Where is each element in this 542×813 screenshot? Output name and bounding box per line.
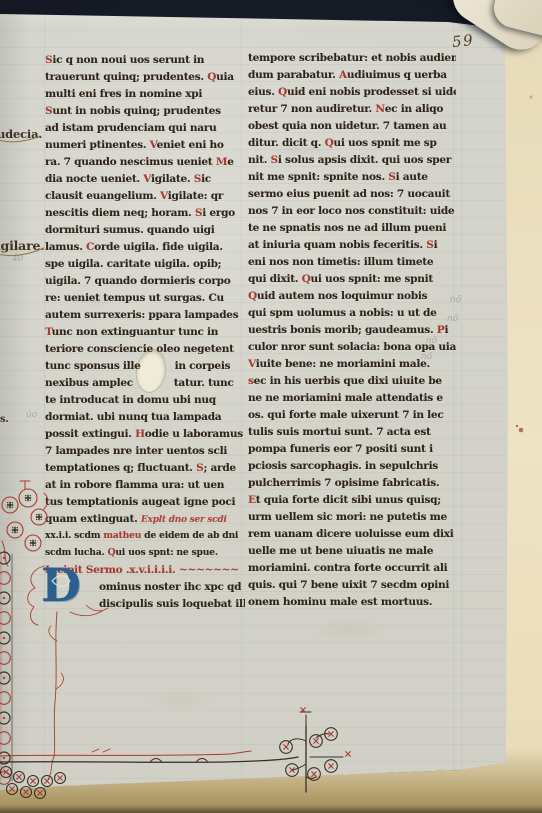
text-segment: ra. 7 quando nescimus ueniet	[45, 156, 216, 168]
text-segment: uid eni nobis prodesset si uide	[287, 86, 456, 98]
text-segment: N	[375, 103, 384, 115]
manuscript-text-line: Quid autem nos loquimur nobis	[248, 288, 456, 305]
manuscript-text-line: sec in his uerbis que dixi uiuite be	[248, 373, 456, 390]
manuscript-text-line: xx.i.i. scdm matheu de eidem de ab dni	[45, 528, 245, 545]
text-segment: pompa funeris eor 7 positi sunt i	[248, 443, 433, 455]
pencil-mark: nō	[447, 314, 458, 324]
manuscript-text-line: Sic q non noui uos serunt in	[45, 52, 245, 69]
text-segment: multi eni fres in nomine xpi	[45, 88, 202, 100]
manuscript-text-line: temptationes q; fluctuant. S; arde	[45, 460, 245, 477]
text-segment: matheu	[103, 530, 141, 541]
text-segment: ic	[201, 173, 211, 185]
text-segment: ui uos spnit: me spnit	[311, 273, 433, 285]
text-segment: qui dixit.	[248, 273, 302, 285]
text-segment: Q	[278, 86, 287, 98]
manuscript-text-line: multi eni fres in nomine xpi	[45, 86, 245, 103]
manuscript-text-line: sermo eius puenit ad nos: 7 uocauit	[248, 186, 456, 203]
manuscript-text-line: urm uellem sic mori: ne putetis me	[248, 509, 456, 526]
text-segment: obest quia non uidetur. 7 tamen au	[248, 120, 446, 132]
text-segment: tulis suis mortui sunt. 7 acta est	[248, 426, 431, 438]
manuscript-text-line: dum parabatur. Audiuimus q uerba	[248, 67, 456, 84]
text-segment: clausit euangelium.	[45, 190, 160, 202]
folio-number: 59	[451, 31, 475, 51]
manuscript-text-line: re: ueniet tempus ut surgas. Cu	[45, 290, 245, 307]
text-segment: ditur. dicit q.	[248, 137, 325, 149]
text-segment: ic q non noui uos serunt in	[52, 54, 204, 66]
text-segment: i ergo	[202, 207, 235, 219]
manuscript-photo: Sic q non noui uos serunt intrauerunt qu…	[0, 0, 542, 813]
text-segment: orde uigila. fide uigila.	[94, 241, 223, 253]
manuscript-text-line: tempore scribebatur: et nobis audien	[248, 50, 456, 67]
text-segment: pciosis sarcophagis. in sepulchris	[248, 460, 438, 472]
text-segment: dia nocte ueniet.	[45, 173, 143, 185]
text-segment: unt in nobis quinq; prudentes	[52, 105, 220, 117]
manuscript-text-line: te ne spnatis nos ne ad illum pueni	[248, 220, 456, 237]
manuscript-text-line: pciosis sarcophagis. in sepulchris	[248, 458, 456, 475]
manuscript-text-line: uestris bonis morib; gaudeamus. Pi	[248, 322, 456, 339]
manuscript-text-line: obest quia non uidetur. 7 tamen au	[248, 118, 456, 135]
text-segment: S	[194, 173, 201, 185]
text-column-left: Sic q non noui uos serunt intrauerunt qu…	[45, 52, 245, 613]
text-segment: urm uellem sic mori: ne putetis me	[248, 511, 447, 523]
manuscript-text-line: nit me spnit: spnite nos. Si aute	[248, 169, 456, 186]
margin-note-vigilare: igilare.	[0, 238, 44, 253]
text-segment: uigila. 7 quando dormieris corpo	[45, 275, 230, 287]
manuscript-text-line: possit extingui. Hodie u laboramus	[45, 426, 245, 443]
manuscript-text-line: qui spm uolumus a nobis: u ut de	[248, 305, 456, 322]
text-segment: nescitis diem neq; horam.	[45, 207, 195, 219]
text-segment: re: ueniet tempus ut surgas. Cu	[45, 292, 224, 304]
text-segment: at in robore flamma ura: ut uen	[45, 479, 224, 491]
text-segment: ec in aliqo	[385, 103, 443, 115]
decorated-initial-d: D	[41, 558, 81, 612]
text-segment: e	[227, 156, 233, 168]
text-segment: S	[388, 171, 395, 183]
text-segment: lamus.	[45, 241, 86, 253]
text-segment: iuite bene: ne moriamini male.	[256, 358, 430, 370]
manuscript-text-line: 7 lampades nre inter uentos scli	[45, 443, 245, 460]
text-segment: quam extinguat.	[45, 513, 141, 525]
text-segment: uia	[216, 71, 234, 83]
text-segment: igilate: qr	[168, 190, 223, 202]
manuscript-text-line: lamus. Corde uigila. fide uigila.	[45, 239, 245, 256]
text-segment: 7 lampades nre inter uentos scli	[45, 445, 227, 457]
pencil-mark: nō	[450, 295, 461, 305]
text-segment: ad istam prudenciam qui naru	[45, 122, 216, 134]
margin-note-prudecia: udecia.	[0, 127, 42, 141]
text-segment: possit extingui.	[45, 428, 135, 440]
manuscript-text-line: eius. Quid eni nobis prodesset si uide	[248, 84, 456, 101]
text-segment: i	[434, 239, 438, 251]
text-segment: M	[216, 156, 227, 168]
text-segment: nit.	[248, 154, 271, 166]
manuscript-text-line: at in robore flamma ura: ut uen	[45, 477, 245, 494]
manuscript-text-line: nit. Si solus apsis dixit. qui uos sper	[248, 152, 456, 169]
manuscript-text-line: tunc sponsus ille in corpeis	[45, 358, 245, 375]
text-segment: trauerunt quinq; prudentes.	[45, 71, 207, 83]
text-segment: moriamini. contra forte occurrit ali	[248, 562, 447, 574]
manuscript-text-line: dia nocte ueniet. Vigilate. Sic	[45, 171, 245, 188]
manuscript-text-line: tulis suis mortui sunt. 7 acta est	[248, 424, 456, 441]
manuscript-text-line: autem surrexeris: ppara lampades	[45, 307, 245, 324]
manuscript-text-line: nescitis diem neq; horam. Si ergo	[45, 205, 245, 222]
text-segment: V	[248, 358, 256, 370]
text-segment: dormiat. ubi nunq tua lampada	[45, 411, 221, 423]
manuscript-text-line: rem uanam dicere uoluisse eum dixi	[248, 526, 456, 543]
text-segment: ui uos spnit me sp	[333, 137, 436, 149]
pencil-mark: 4̊0	[11, 253, 24, 264]
manuscript-text-line: moriamini. contra forte occurrit ali	[248, 560, 456, 577]
text-segment: Q	[248, 290, 257, 302]
text-segment: numeri ptinentes.	[45, 139, 150, 151]
manuscript-text-line: dormiat. ubi nunq tua lampada	[45, 409, 245, 426]
manuscript-text-line: at iniuria quam nobis feceritis. Si	[248, 237, 456, 254]
manuscript-text-line: nos 7 in eor loco nos constituit: uide	[248, 203, 456, 220]
text-segment: ec in his uerbis que dixi uiuite be	[254, 375, 442, 387]
text-segment: de eidem de ab dni	[141, 530, 238, 541]
text-segment: qui spm uolumus a nobis: u ut de	[248, 307, 437, 319]
text-segment: E	[248, 494, 256, 506]
manuscript-text-line: Et quia forte dicit sibi unus quisq;	[248, 492, 456, 509]
text-segment: temptationes q; fluctuant.	[45, 462, 196, 474]
text-segment: spe uigila. caritate uigila. opib;	[45, 258, 221, 270]
manuscript-text-line: ad istam prudenciam qui naru	[45, 120, 245, 137]
text-segment: i	[444, 324, 448, 336]
text-segment: rem uanam dicere uoluisse eum dixi	[248, 528, 453, 540]
text-column-right: tempore scribebatur: et nobis audiendum …	[248, 50, 456, 611]
text-segment: i solus apsis dixit. qui uos sper	[278, 154, 451, 166]
text-segment: os. qui forte male uixerunt 7 in lec	[248, 409, 444, 421]
manuscript-text-line: quam extinguat. Explt dno ser scdi	[45, 511, 245, 528]
text-segment: V	[150, 139, 157, 151]
text-segment: i aute	[396, 171, 428, 183]
manuscript-text-line: ra. 7 quando nescimus ueniet Me	[45, 154, 245, 171]
manuscript-text-line: eni nos non timetis: illum timete	[248, 254, 456, 271]
manuscript-text-line: pulcherrimis 7 opisime fabricatis.	[248, 475, 456, 492]
text-segment: uestris bonis morib; gaudeamus.	[248, 324, 437, 336]
text-segment: t quia forte dicit sibi unus quisq;	[256, 494, 441, 506]
text-segment: ne ne moriamini male attendatis e	[248, 392, 443, 404]
pencil-mark: nō	[426, 336, 437, 346]
manuscript-text-line: os. qui forte male uixerunt 7 in lec	[248, 407, 456, 424]
text-segment: te introducat in domu ubi nuq	[45, 394, 216, 406]
text-segment: A	[339, 69, 347, 81]
text-segment: C	[86, 241, 94, 253]
text-segment: V	[143, 173, 151, 185]
pencil-mark: ūo	[26, 410, 37, 420]
text-segment: ui uos spnt: ne spue.	[115, 547, 218, 558]
text-segment: onem hominu male est mortuus.	[248, 596, 432, 608]
text-segment: sermo eius puenit ad nos: 7 uocauit	[248, 188, 450, 200]
text-segment: tunc sponsus ille in corpeis	[45, 360, 230, 372]
manuscript-text-line: uelle me ut bene uiuatis ne male	[248, 543, 456, 560]
text-segment: autem surrexeris: ppara lampades	[45, 309, 238, 321]
text-segment: xx.i.i. scdm	[45, 530, 103, 541]
manuscript-text-line: spe uigila. caritate uigila. opib;	[45, 256, 245, 273]
text-segment: udiuimus q uerba	[347, 69, 447, 81]
manuscript-text-line: onem hominu male est mortuus.	[248, 594, 456, 611]
text-segment: Explt dno ser scdi	[141, 515, 227, 525]
manuscript-page: Sic q non noui uos serunt intrauerunt qu…	[0, 0, 542, 813]
text-segment: uid autem nos loquimur nobis	[257, 290, 427, 302]
manuscript-text-line: teriore consciencie oleo negetent	[45, 341, 245, 358]
manuscript-text-line: uigila. 7 quando dormieris corpo	[45, 273, 245, 290]
text-segment: tus temptationis augeat igne poci	[45, 496, 235, 508]
text-segment: pulcherrimis 7 opisime fabricatis.	[248, 477, 439, 489]
text-segment: V	[160, 190, 168, 202]
text-segment: ominus noster ihc xpc qd	[99, 581, 241, 593]
text-segment: nexibus amplec tatur. tunc	[45, 377, 234, 389]
text-segment: teriore consciencie oleo negetent	[45, 343, 234, 355]
text-segment: retur 7 non audiretur.	[248, 103, 375, 115]
manuscript-text-line: clausit euangelium. Vigilate: qr	[45, 188, 245, 205]
manuscript-text-line: ne ne moriamini male attendatis e	[248, 390, 456, 407]
text-segment: unc non extinguantur tunc in	[52, 326, 219, 338]
manuscript-text-line: qui dixit. Qui uos spnit: me spnit	[248, 271, 456, 288]
text-segment: odie u laboramus	[145, 428, 243, 440]
manuscript-text-line: Tunc non extinguantur tunc in	[45, 324, 245, 341]
text-segment: T	[45, 326, 52, 338]
text-segment: discipulis suis loquebat illo	[99, 598, 245, 610]
text-segment: dum parabatur.	[248, 69, 339, 81]
text-segment: S	[426, 239, 433, 251]
text-segment: eni nos non timetis: illum timete	[248, 256, 433, 268]
manuscript-text-line: pompa funeris eor 7 positi sunt i	[248, 441, 456, 458]
text-segment: uelle me ut bene uiuatis ne male	[248, 545, 433, 557]
text-segment: at iniuria quam nobis feceritis.	[248, 239, 426, 251]
text-segment: nit me spnit: spnite nos.	[248, 171, 388, 183]
text-segment: ; arde	[203, 462, 235, 474]
pencil-mark: nō	[421, 352, 432, 362]
text-segment: tempore scribebatur: et nobis audien	[248, 52, 456, 64]
text-segment: eniet eni ho	[157, 139, 224, 151]
text-segment: H	[135, 428, 145, 440]
manuscript-text-line: nexibus amplec tatur. tunc	[45, 375, 245, 392]
text-segment: Q	[302, 273, 311, 285]
manuscript-text-line: retur 7 non audiretur. Nec in aliqo	[248, 101, 456, 118]
manuscript-text-line: quis. qui 7 bene uixit 7 secdm opini	[248, 577, 456, 594]
text-segment: igilate.	[151, 173, 194, 185]
text-segment: quis. qui 7 bene uixit 7 secdm opini	[248, 579, 449, 591]
text-segment: dormituri sumus. quando uigi	[45, 224, 215, 236]
text-segment: te ne spnatis nos ne ad illum pueni	[248, 222, 446, 234]
manuscript-text-line: tus temptationis augeat igne poci	[45, 494, 245, 511]
text-segment: scdm lucha.	[45, 547, 108, 558]
manuscript-text-line: ditur. dicit q. Qui uos spnit me sp	[248, 135, 456, 152]
text-segment: Q	[207, 71, 216, 83]
margin-note-es: s.	[0, 414, 9, 425]
manuscript-text-line: Sunt in nobis quinq; prudentes	[45, 103, 245, 120]
text-segment: ~~~~~~~	[179, 564, 239, 576]
text-segment: nos 7 in eor loco nos constituit: uide	[248, 205, 454, 217]
text-segment: S	[271, 154, 278, 166]
manuscript-text-line: te introducat in domu ubi nuq	[45, 392, 245, 409]
manuscript-text-line: dormituri sumus. quando uigi	[45, 222, 245, 239]
manuscript-text-line: numeri ptinentes. Veniet eni ho	[45, 137, 245, 154]
text-segment: eius.	[248, 86, 278, 98]
manuscript-text-line: trauerunt quinq; prudentes. Quia	[45, 69, 245, 86]
